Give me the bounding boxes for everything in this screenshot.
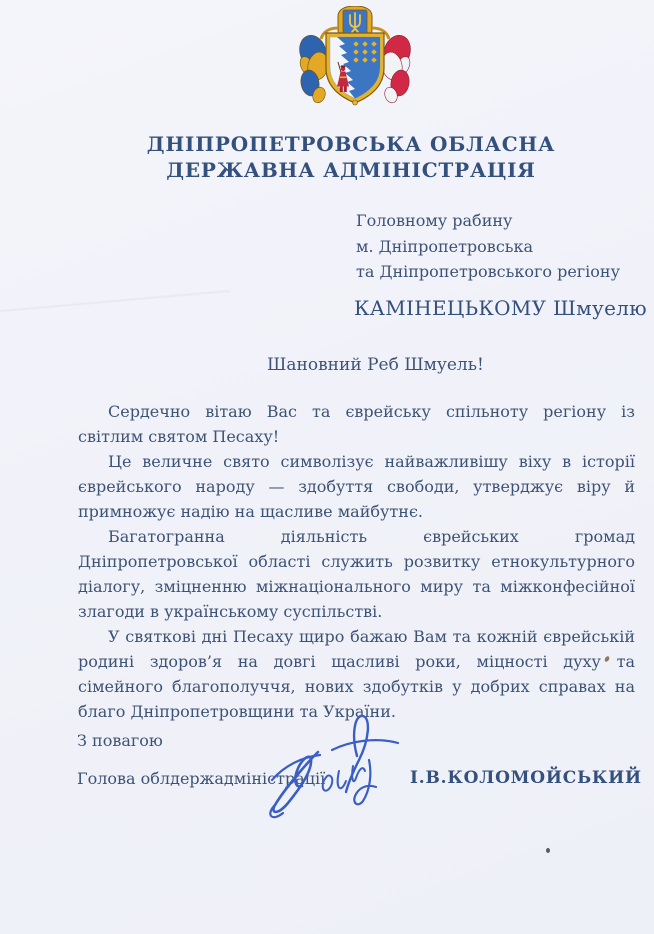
addressee-line: та Дніпропетровського регіону xyxy=(356,259,620,285)
letterhead-org-name: ДНІПРОПЕТРОВСЬКА ОБЛАСНА ДЕРЖАВНА АДМІНІ… xyxy=(48,131,654,183)
signature-ink-strokes xyxy=(256,708,408,824)
shield-bottom-ornament xyxy=(353,100,358,105)
org-name-line2: ДЕРЖАВНА АДМІНІСТРАЦІЯ xyxy=(48,157,654,183)
coat-of-arms-dnipropetrovsk-oblast xyxy=(293,6,417,114)
org-name-line1: ДНІПРОПЕТРОВСЬКА ОБЛАСНА xyxy=(48,131,654,157)
addressee-block: Головному рабину м. Дніпропетровська та … xyxy=(356,208,620,285)
addressee-name: КАМІНЕЦЬКОМУ Шмуелю xyxy=(354,296,647,320)
letter-body: Сердечно вітаю Вас та єврейську спільнот… xyxy=(78,399,635,724)
signer-name: І.В.КОЛОМОЙСЬКИЙ xyxy=(410,768,642,788)
paragraph: Сердечно вітаю Вас та єврейську спільнот… xyxy=(78,399,635,449)
paragraph: Багатогранна діяльність єврейських грома… xyxy=(78,524,635,624)
addressee-line: Головному рабину xyxy=(356,208,620,234)
mantling-right-decoration xyxy=(379,32,414,105)
handwritten-signature xyxy=(256,708,408,824)
salutation: Шановний Реб Шмуель! xyxy=(267,355,484,375)
shield xyxy=(326,33,384,105)
valediction: З повагою xyxy=(77,731,163,750)
addressee-line: м. Дніпропетровська xyxy=(356,234,620,260)
paragraph: Це величне свято символізує найважливішу… xyxy=(78,449,635,524)
gold-stars xyxy=(353,41,377,63)
scan-speck-artifact xyxy=(546,848,550,853)
paper-crease-artifact xyxy=(0,288,230,314)
scanned-letter-page: ДНІПРОПЕТРОВСЬКА ОБЛАСНА ДЕРЖАВНА АДМІНІ… xyxy=(0,0,654,934)
mantling-left-decoration xyxy=(295,32,330,105)
coat-of-arms-graphic xyxy=(293,6,417,114)
